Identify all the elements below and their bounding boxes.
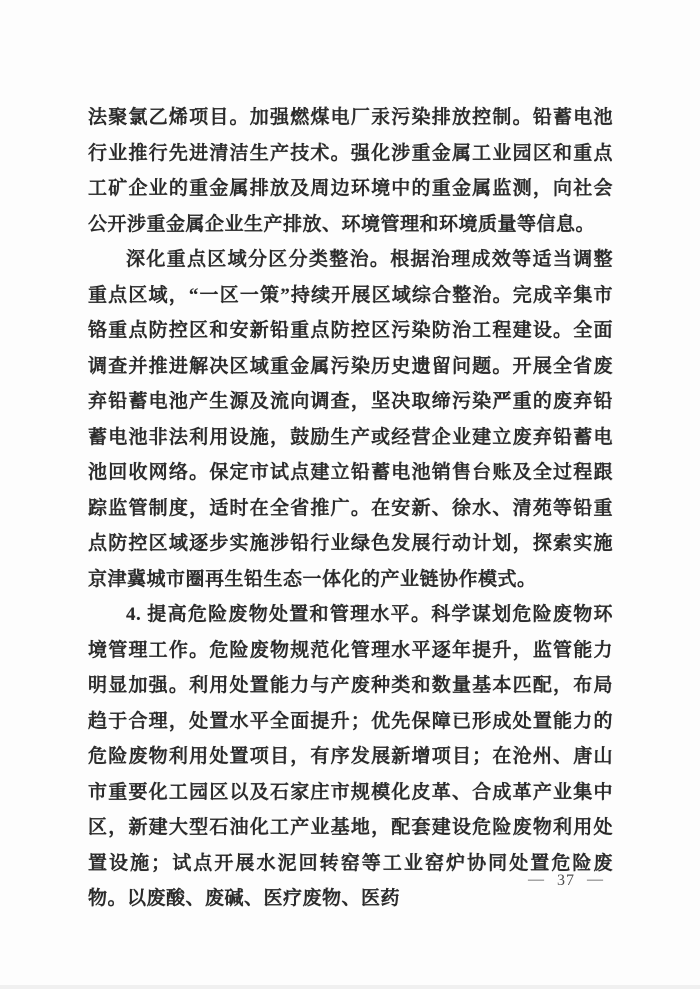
paper-sheet: 法聚氯乙烯项目。加强燃煤电厂汞污染排放控制。铅蓄电池行业推行先进清洁生产技术。强… [0,0,700,989]
scanned-document-page: { "document": { "language": "zh-CN", "pa… [0,0,700,989]
paragraph-regional-remediation: 深化重点区域分区分类整治。根据治理成效等适当调整重点区域，“一区一策”持续开展区… [88,242,613,597]
page-number-dash-right: — [587,871,604,889]
paragraph-continuation: 法聚氯乙烯项目。加强燃煤电厂汞污染排放控制。铅蓄电池行业推行先进清洁生产技术。强… [88,100,613,242]
page-number-dash-left: — [528,871,545,889]
paragraph-hazardous-waste: 4. 提高危险废物处置和管理水平。科学谋划危险废物环境管理工作。危险废物规范化管… [88,597,613,917]
scan-edge-shadow [0,985,700,989]
page-number-value: 37 [557,872,575,890]
document-body: 法聚氯乙烯项目。加强燃煤电厂汞污染排放控制。铅蓄电池行业推行先进清洁生产技术。强… [88,100,613,917]
page-number: — 37 — [528,872,604,890]
